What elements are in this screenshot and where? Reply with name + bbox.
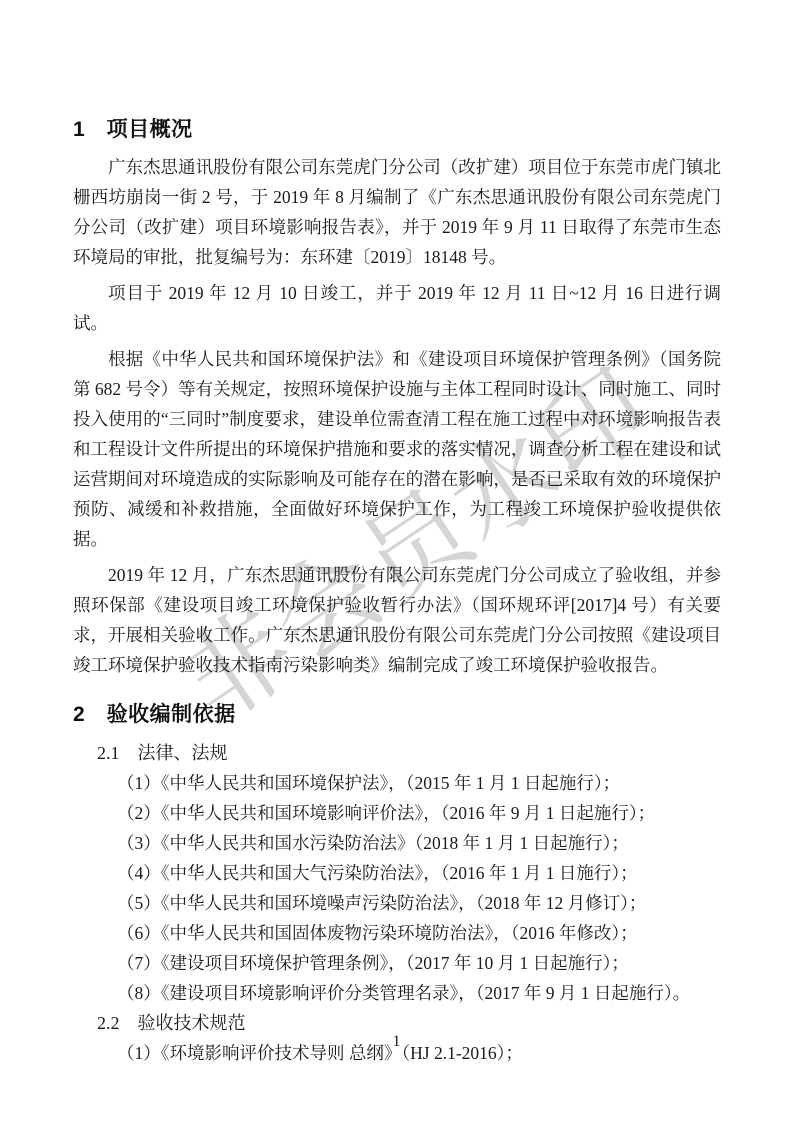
subsection-2-1-heading: 2.1 法律、法规 xyxy=(97,738,721,768)
document-page: 非会员水印 1 项目概况 广东杰思通讯股份有限公司东莞虎门分公司（改扩建）项目位… xyxy=(0,0,793,1122)
section-1-paragraph-2: 项目于 2019 年 12 月 10 日竣工，并于 2019 年 12 月 11… xyxy=(73,278,721,338)
section-1-paragraph-3: 根据《中华人民共和国环境保护法》和《建设项目环境保护管理条例》（国务院第 682… xyxy=(73,344,721,554)
section-1-heading: 1 项目概况 xyxy=(73,117,721,143)
page-number: 1 xyxy=(0,1032,793,1052)
law-item-6: （6）《中华人民共和国固体废物污染环境防治法》，（2016 年修改）； xyxy=(117,918,721,948)
law-item-4: （4）《中华人民共和国大气污染防治法》，（2016 年 1 月 1 日施行）； xyxy=(117,858,721,888)
law-item-5: （5）《中华人民共和国环境噪声污染防治法》，（2018 年 12 月修订）； xyxy=(117,888,721,918)
law-item-8: （8）《建设项目环境影响评价分类管理名录》，（2017 年 9 月 1 日起施行… xyxy=(117,978,721,1008)
law-item-1: （1）《中华人民共和国环境保护法》，（2015 年 1 月 1 日起施行）； xyxy=(117,768,721,798)
law-item-3: （3）《中华人民共和国水污染防治法》（2018 年 1 月 1 日起施行）； xyxy=(117,828,721,858)
section-2-heading: 2 验收编制依据 xyxy=(73,702,721,728)
section-1-paragraph-1: 广东杰思通讯股份有限公司东莞虎门分公司（改扩建）项目位于东莞市虎门镇北栅西坊崩岗… xyxy=(73,152,721,272)
page-content: 1 项目概况 广东杰思通讯股份有限公司东莞虎门分公司（改扩建）项目位于东莞市虎门… xyxy=(73,117,721,1068)
section-1-paragraph-4: 2019 年 12 月，广东杰思通讯股份有限公司东莞虎门分公司成立了验收组，并参… xyxy=(73,560,721,680)
law-item-7: （7）《建设项目环境保护管理条例》，（2017 年 10 月 1 日起施行）； xyxy=(117,948,721,978)
law-item-2: （2）《中华人民共和国环境影响评价法》，（2016 年 9 月 1 日起施行）； xyxy=(117,798,721,828)
